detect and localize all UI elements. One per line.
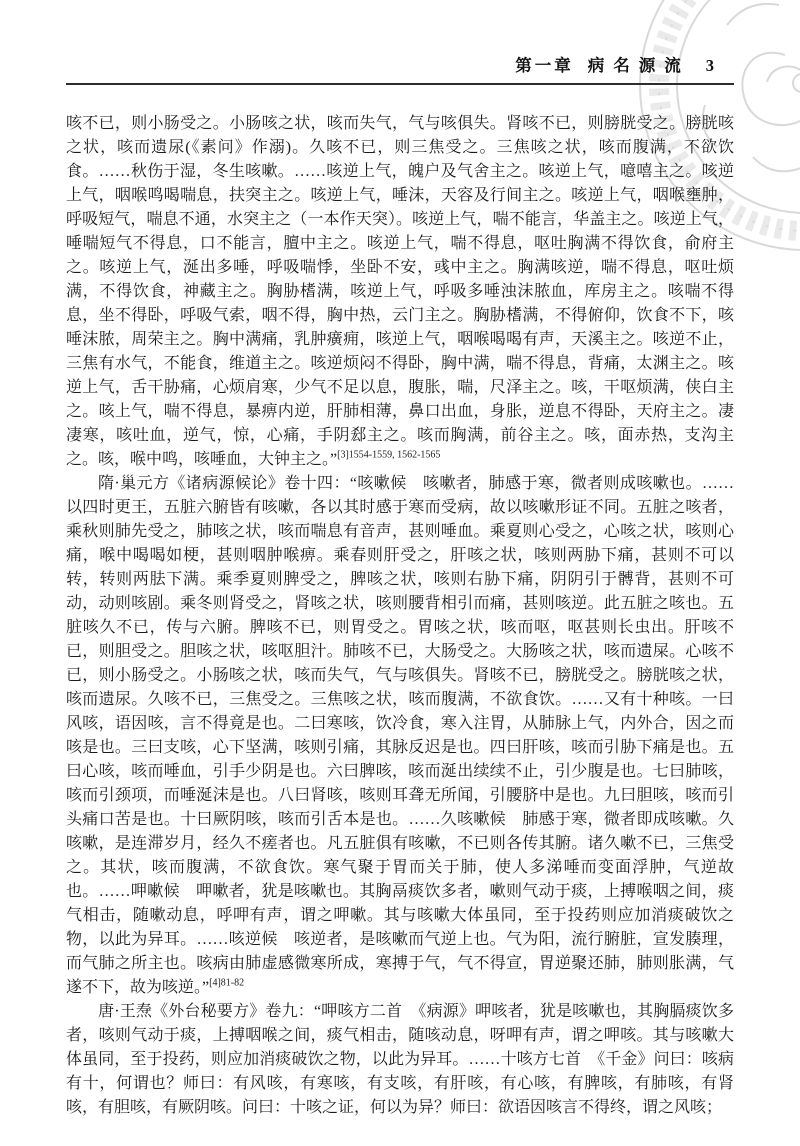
body-paragraph: 隋·巢元方《诸病源候论》卷十四：“咳嗽候 咳嗽者，肺感于寒，微者则成咳嗽也。………: [66, 472, 734, 1000]
page-number: 3: [706, 56, 714, 76]
book-page: 第一章 病名源流 3 咳不已，则小肠受之。小肠咳之状，咳而失气，气与咳俱失。肾咳…: [0, 0, 800, 1146]
paragraph-text: 隋·巢元方《诸病源候论》卷十四：“咳嗽候 咳嗽者，肺感于寒，微者则成咳嗽也。………: [66, 475, 734, 996]
citation-superscript: [3]1554-1559, 1562-1565: [337, 450, 440, 461]
body-paragraph: 唐·王焘《外台秘要方》卷九：“呷咳方二首 《病源》呷咳者，犹是咳嗽也，其胸膈痰饮…: [66, 1000, 734, 1120]
paragraph-text: 咳不已，则小肠受之。小肠咳之状，咳而失气，气与咳俱失。肾咳不已，则膀胱受之。膀胱…: [66, 115, 734, 468]
running-head: 第一章 病名源流 3: [66, 0, 734, 76]
body-paragraph: 咳不已，则小肠受之。小肠咳之状，咳而失气，气与咳俱失。肾咳不已，则膀胱受之。膀胱…: [66, 112, 734, 472]
chapter-label: 第一章: [515, 52, 574, 76]
citation-superscript: [4]81-82: [209, 978, 244, 989]
page-content: 第一章 病名源流 3 咳不已，则小肠受之。小肠咳之状，咳而失气，气与咳俱失。肾咳…: [66, 0, 734, 1120]
body-text: 咳不已，则小肠受之。小肠咳之状，咳而失气，气与咳俱失。肾咳不已，则膀胱受之。膀胱…: [66, 112, 734, 1120]
chapter-title: 病名源流: [588, 52, 690, 76]
paragraph-text: 唐·王焘《外台秘要方》卷九：“呷咳方二首 《病源》呷咳者，犹是咳嗽也，其胸膈痰饮…: [66, 1003, 734, 1116]
header-rule: [66, 83, 734, 85]
